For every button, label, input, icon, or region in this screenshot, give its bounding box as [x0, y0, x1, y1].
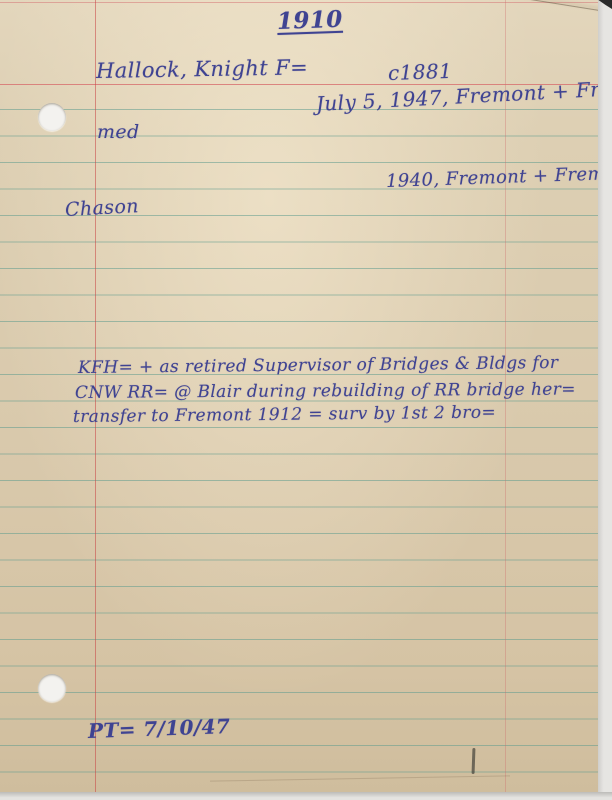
birth-year: c1881 [388, 59, 453, 85]
biography-line-2: CNW RR= @ Blair during rebuilding of RR … [75, 380, 576, 403]
med-abbreviation: med [97, 121, 140, 143]
punch-hole-top [38, 103, 66, 131]
person-name: Hallock, Knight F= [96, 55, 309, 83]
top-red-rule [0, 2, 598, 3]
scanned-page: 1910 Hallock, Knight F= c1881 July 5, 19… [0, 0, 612, 800]
side-note: Chason [64, 195, 139, 221]
year-heading: 1910 [277, 6, 344, 35]
scanner-edge-bottom [0, 792, 612, 800]
punch-hole-bottom [38, 674, 66, 702]
footer-notation: PT= 7/10/47 [88, 714, 231, 743]
scanner-edge-right [598, 0, 612, 800]
ledger-paper: 1910 Hallock, Knight F= c1881 July 5, 19… [0, 0, 598, 792]
